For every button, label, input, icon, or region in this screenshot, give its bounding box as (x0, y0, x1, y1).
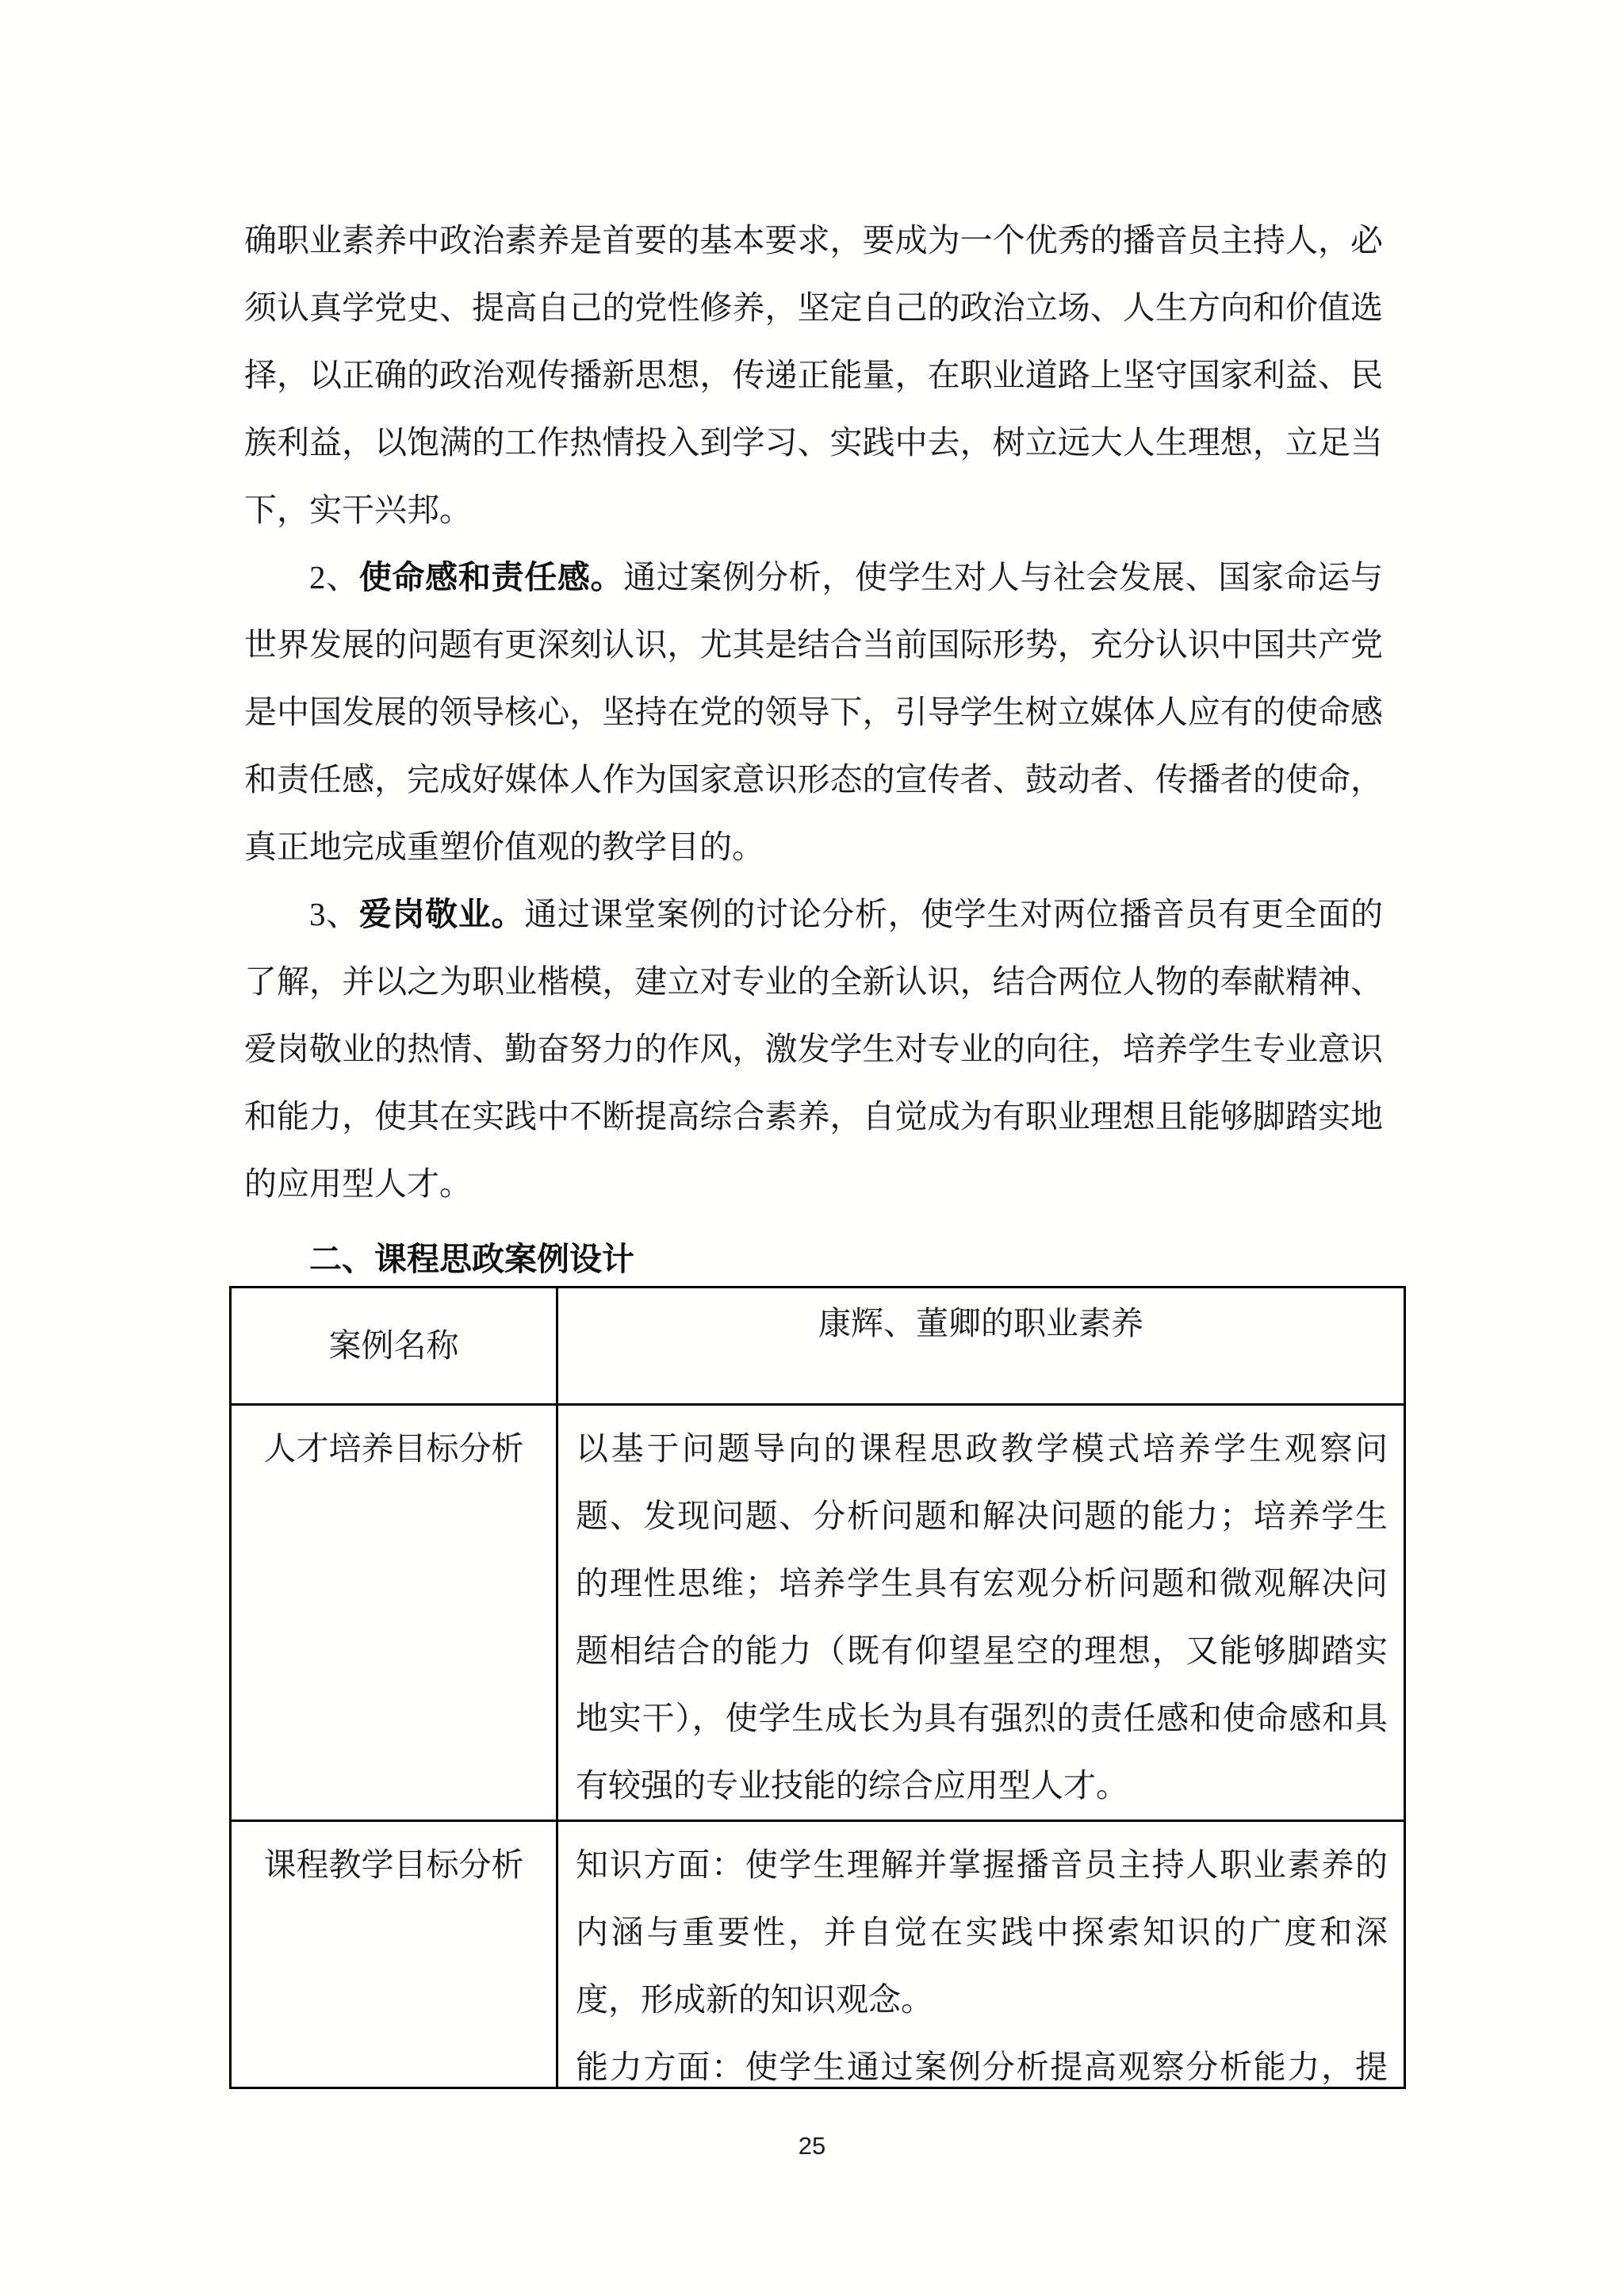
page-number: 25 (0, 2130, 1624, 2163)
paragraph-mission-responsibility: 2、使命感和责任感。通过案例分析，使学生对人与社会发展、国家命运与世界发展的问题… (244, 544, 1383, 881)
table-row-talent-goal: 人才培养目标分析 以基于问题导向的课程思政教学模式培养学生观察问题、发现问题、分… (231, 1405, 1405, 1821)
teaching-goal-content-cell: 知识方面：使学生理解并掌握播音员主持人职业素养的内涵与重要性，并自觉在实践中探索… (557, 1821, 1405, 2088)
case-design-table: 案例名称 康辉、董卿的职业素养 人才培养目标分析 以基于问题导向的课程思政教学模… (229, 1286, 1406, 2089)
case-name-label-cell: 案例名称 (231, 1288, 557, 1405)
section-heading: 二、课程思政案例设计 (244, 1226, 1383, 1293)
paragraph-political-quality: 确职业素养中政治素养是首要的基本要求，要成为一个优秀的播音员主持人，必须认真学党… (244, 207, 1383, 544)
case-name-value: 康辉、董卿的职业素养 (574, 1290, 1388, 1357)
table-row-teaching-goal: 课程教学目标分析 知识方面：使学生理解并掌握播音员主持人职业素养的内涵与重要性，… (231, 1821, 1405, 2088)
teaching-goal-content: 知识方面：使学生理解并掌握播音员主持人职业素养的内涵与重要性，并自觉在实践中探索… (576, 1831, 1388, 2087)
document-page: 确职业素养中政治素养是首要的基本要求，要成为一个优秀的播音员主持人，必须认真学党… (0, 0, 1624, 2296)
body-text: 确职业素养中政治素养是首要的基本要求，要成为一个优秀的播音员主持人，必须认真学党… (244, 207, 1383, 1293)
case-name-value-cell: 康辉、董卿的职业素养 (557, 1288, 1405, 1405)
talent-goal-content: 以基于问题导向的课程思政教学模式培养学生观察问题、发现问题、分析问题和解决问题的… (576, 1415, 1388, 1820)
paragraph-job-dedication: 3、爱岗敬业。通过课堂案例的讨论分析，使学生对两位播音员有更全面的了解，并以之为… (244, 881, 1383, 1218)
talent-goal-label-cell: 人才培养目标分析 (231, 1405, 557, 1821)
table-header-row: 案例名称 康辉、董卿的职业素养 (231, 1288, 1405, 1405)
talent-goal-content-cell: 以基于问题导向的课程思政教学模式培养学生观察问题、发现问题、分析问题和解决问题的… (557, 1405, 1405, 1821)
teaching-goal-label-cell: 课程教学目标分析 (231, 1821, 557, 2088)
